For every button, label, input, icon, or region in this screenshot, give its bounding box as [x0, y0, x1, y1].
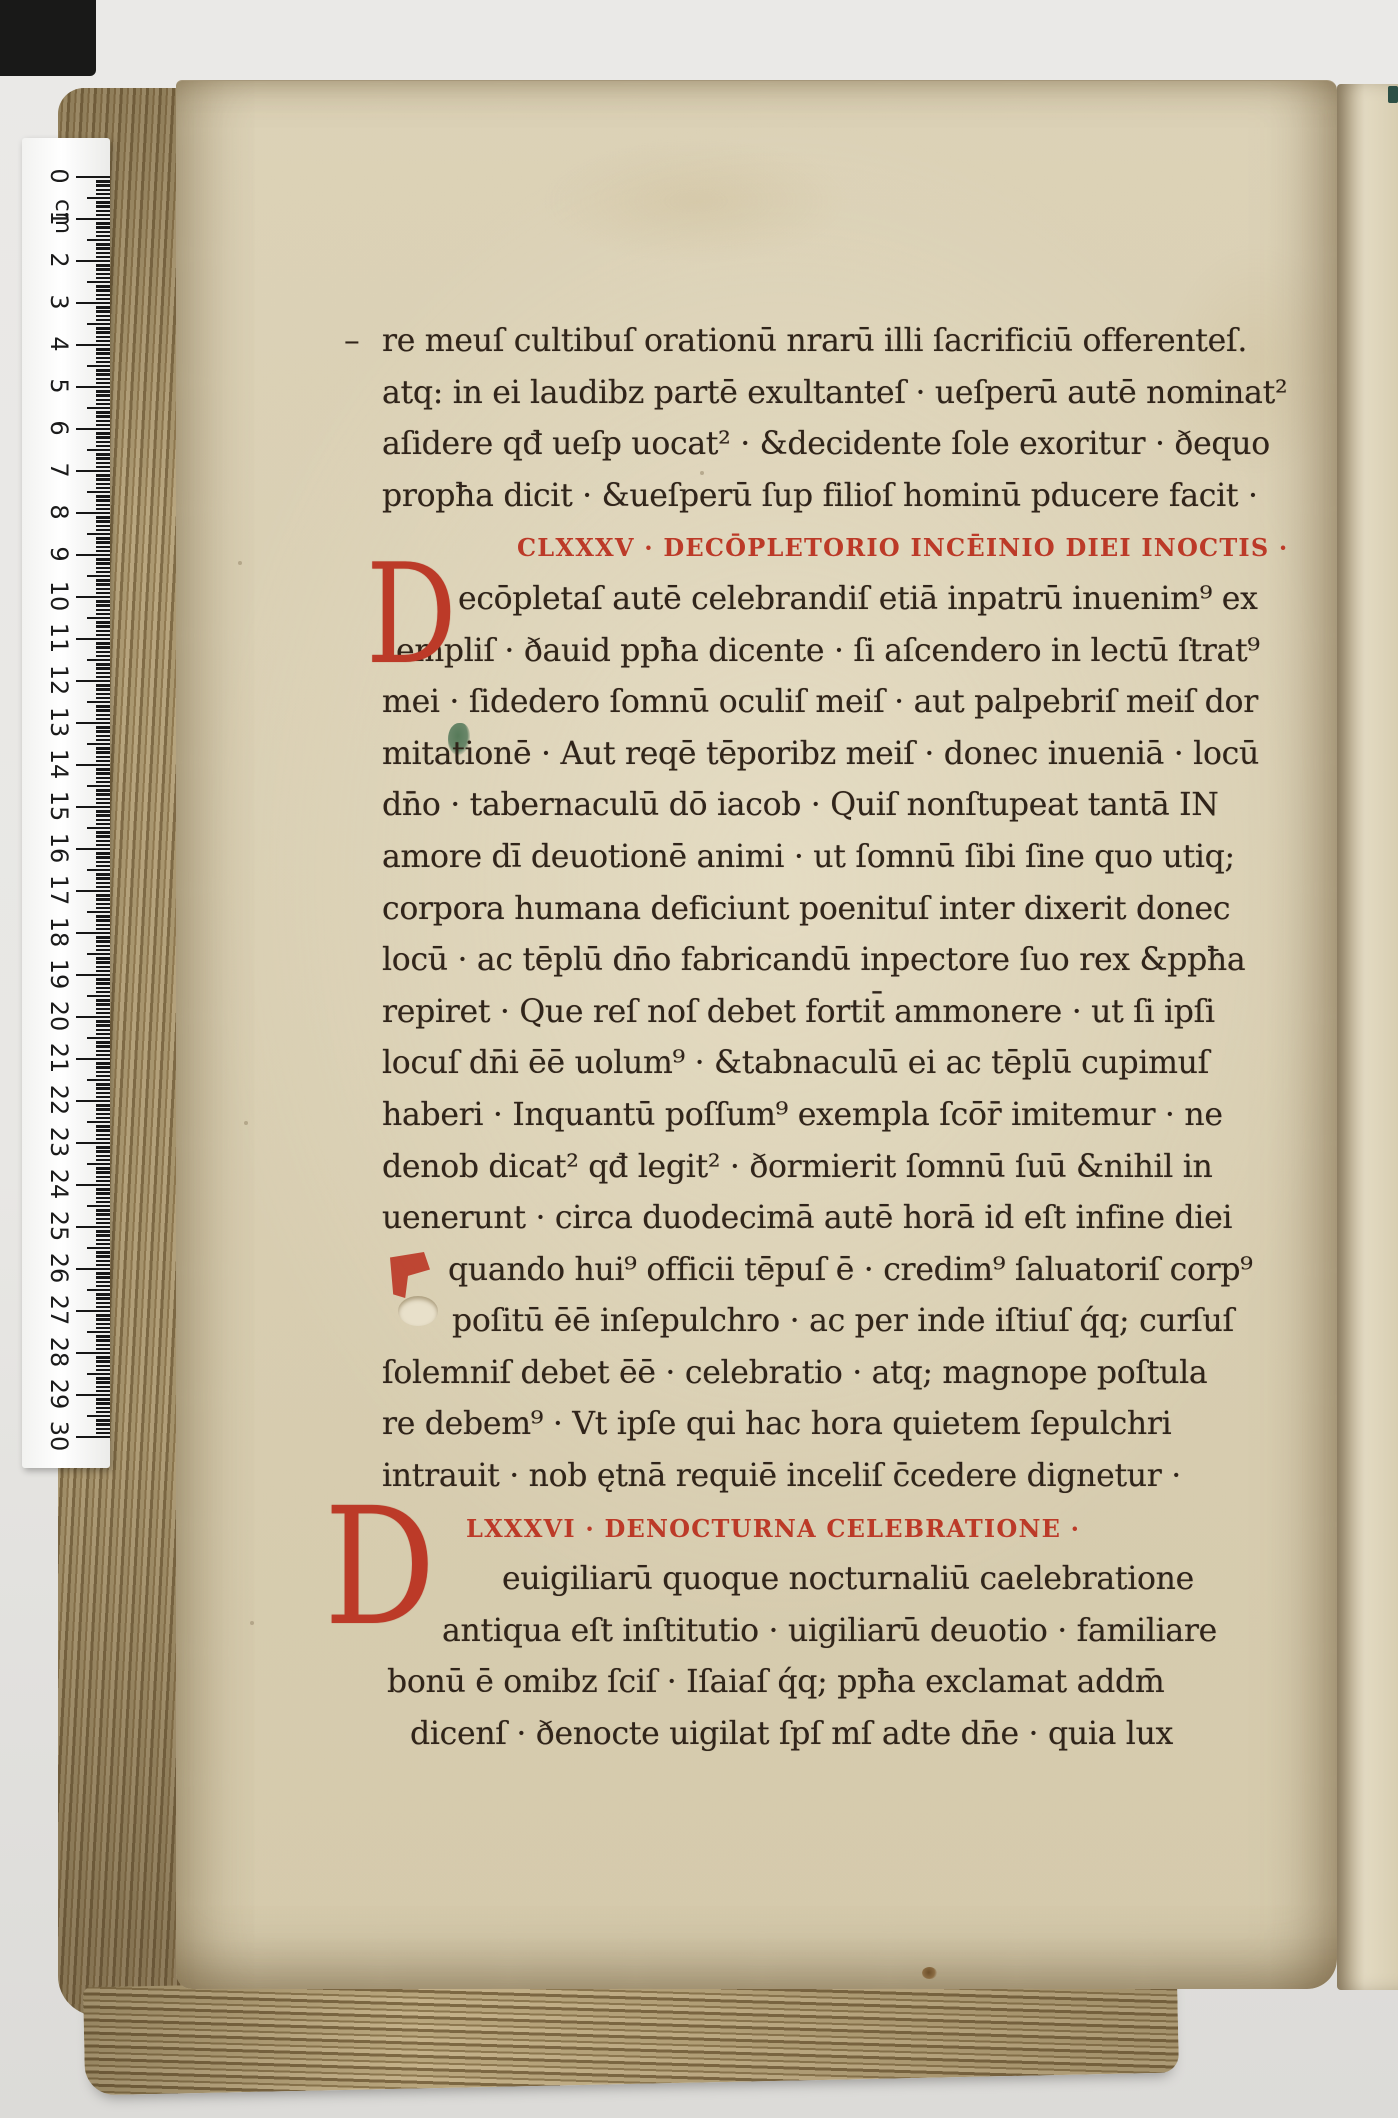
ruler-tick	[87, 869, 110, 871]
ruler-tick	[96, 1171, 110, 1173]
ruler-tick	[96, 865, 110, 867]
ruler-tick	[96, 1188, 110, 1190]
ruler-tick	[96, 1192, 110, 1194]
ruler-tick	[76, 218, 110, 220]
ruler-tick	[87, 827, 110, 829]
ruler-tick	[76, 890, 110, 892]
ruler-tick	[96, 1293, 110, 1295]
ruler-tick	[96, 961, 110, 963]
facing-page-sliver	[1337, 84, 1398, 1990]
ruler-tick	[96, 336, 110, 338]
ruler-tick	[96, 369, 110, 371]
ruler-tick	[96, 693, 110, 695]
ruler-tick	[96, 1318, 110, 1320]
ruler-tick	[96, 537, 110, 539]
manuscript-text-line: repiret · Que reſ noſ debet fortit̄ ammo…	[382, 987, 1272, 1039]
ruler-tick	[96, 1281, 110, 1283]
manuscript-text-line: aſidere qđ ueſp uocat² · &decidente ſole…	[382, 419, 1272, 471]
ruler-tick	[96, 546, 110, 548]
manuscript-text-line: dicenſ · ðenocte uigilat ſpſ mſ adte dn̄…	[382, 1709, 1272, 1761]
rubric-heading-line: LXXXVI · DENOCTURNA CELEBRATIONE ·	[382, 1503, 1272, 1555]
ruler-number: 1	[45, 201, 73, 235]
ruler-tick	[96, 949, 110, 951]
ruler-tick	[96, 394, 110, 396]
ruler-tick	[87, 281, 110, 283]
ruler-tick	[96, 1029, 110, 1031]
ruler-tick	[96, 231, 110, 233]
ruler-tick	[96, 655, 110, 657]
ruler-tick	[96, 445, 110, 447]
ruler-tick	[96, 319, 110, 321]
ruler-tick	[96, 823, 110, 825]
ruler-tick	[76, 260, 110, 262]
ruler-tick	[87, 323, 110, 325]
ruler-tick	[96, 915, 110, 917]
ruler-tick	[96, 625, 110, 627]
ruler-tick	[87, 953, 110, 955]
ruler-tick	[96, 1260, 110, 1262]
ruler-tick	[96, 483, 110, 485]
ruler-tick	[96, 667, 110, 669]
ruler-number: 15	[45, 789, 73, 823]
ruler-tick	[96, 378, 110, 380]
ruler-number: 26	[45, 1251, 73, 1285]
ruler-tick	[96, 529, 110, 531]
ruler-tick	[96, 835, 110, 837]
ruler-tick	[96, 600, 110, 602]
ruler-tick	[87, 1079, 110, 1081]
ruler-tick	[96, 210, 110, 212]
ruler-number: 23	[45, 1125, 73, 1159]
manuscript-text-line: intrauit · nob ętnā requiē inceliſ c̄ced…	[382, 1451, 1272, 1503]
ruler-tick	[96, 1117, 110, 1119]
ruler-tick	[96, 1344, 110, 1346]
ruler: cm 0123456789101112131415161718192021222…	[22, 138, 110, 1468]
ruler-tick	[96, 1096, 110, 1098]
text-block: re meuſ cultibuſ orationū nrarū illi ſac…	[382, 316, 1272, 1761]
ruler-tick	[96, 676, 110, 678]
ruler-tick	[96, 1083, 110, 1085]
ruler-tick	[87, 1373, 110, 1375]
ruler-tick	[96, 651, 110, 653]
ruler-number: 7	[45, 453, 73, 487]
ruler-tick	[96, 373, 110, 375]
ruler-tick	[76, 1100, 110, 1102]
ruler-tick	[96, 894, 110, 896]
ruler-tick	[96, 235, 110, 237]
ruler-tick	[96, 361, 110, 363]
ruler-tick	[96, 919, 110, 921]
ruler-number: 14	[45, 747, 73, 781]
ruler-tick	[96, 201, 110, 203]
ruler-tick	[96, 634, 110, 636]
ruler-tick	[96, 756, 110, 758]
ruler-tick	[87, 239, 110, 241]
manuscript-text-line: locū · ac tēplū dn̄o fabricandū inpector…	[382, 935, 1272, 987]
ruler-tick	[96, 802, 110, 804]
ruler-tick	[96, 189, 110, 191]
ruler-tick	[96, 441, 110, 443]
ruler-tick	[96, 966, 110, 968]
ruler-tick	[76, 1436, 110, 1438]
ruler-tick	[87, 407, 110, 409]
ruler-tick	[96, 1390, 110, 1392]
ruler-tick	[96, 1230, 110, 1232]
ruler-tick	[96, 772, 110, 774]
photo-background: – re meuſ cultibuſ orationū nrarū illi ſ…	[0, 0, 1398, 2118]
ruler-tick	[96, 877, 110, 879]
ruler-tick	[96, 1398, 110, 1400]
ruler-tick	[96, 222, 110, 224]
brown-stain	[922, 1967, 937, 1979]
ruler-tick	[87, 1247, 110, 1249]
ruler-tick	[96, 1276, 110, 1278]
ruler-number: 18	[45, 915, 73, 949]
ruler-tick	[96, 940, 110, 942]
ruler-tick	[76, 512, 110, 514]
ruler-number: 20	[45, 999, 73, 1033]
manuscript-text-line: dn̄o · tabernaculū dō iacob · Quiſ nonſt…	[382, 780, 1272, 832]
ruler-tick	[87, 575, 110, 577]
parchment-speck	[244, 1121, 248, 1125]
ruler-tick	[96, 999, 110, 1001]
ruler-tick	[96, 541, 110, 543]
ruler-tick	[96, 789, 110, 791]
ruler-tick	[96, 571, 110, 573]
ruler-number: 21	[45, 1041, 73, 1075]
backdrop-corner	[0, 0, 96, 76]
ruler-tick	[96, 856, 110, 858]
ruler-tick	[96, 1402, 110, 1404]
manuscript-text-line: re debem⁹ · Vt ipſe qui hac hora quietem…	[382, 1399, 1272, 1451]
ruler-tick	[87, 1163, 110, 1165]
ruler-tick	[96, 193, 110, 195]
ruler-tick	[96, 768, 110, 770]
manuscript-text-line: atq: in ei laudibz partē exultanteſ · ue…	[382, 368, 1272, 420]
manuscript-text-line: euigiliarū quoque nocturnaliū caelebrati…	[382, 1554, 1272, 1606]
ruler-tick	[96, 882, 110, 884]
ruler-tick	[96, 1407, 110, 1409]
ruler-tick	[87, 1205, 110, 1207]
ruler-tick	[96, 1272, 110, 1274]
ruler-tick	[96, 982, 110, 984]
ruler-tick	[96, 516, 110, 518]
ruler-tick	[96, 348, 110, 350]
parchment-speck	[250, 1621, 254, 1625]
ruler-tick	[96, 1129, 110, 1131]
ruler-tick	[76, 680, 110, 682]
ruler-tick	[96, 436, 110, 438]
ruler-tick	[96, 247, 110, 249]
ruler-tick	[96, 273, 110, 275]
bookmark-thread	[1388, 86, 1398, 103]
ruler-tick	[96, 1218, 110, 1220]
ruler-tick	[96, 852, 110, 854]
ruler-tick	[87, 1415, 110, 1417]
ruler-tick	[76, 596, 110, 598]
ruler-tick	[96, 1075, 110, 1077]
ruler-number: 29	[45, 1377, 73, 1411]
ruler-tick	[96, 579, 110, 581]
ruler-tick	[96, 382, 110, 384]
ruler-tick	[96, 478, 110, 480]
manuscript-text-line: empliſ · ðauid ppħa dicente · ſi aſcende…	[382, 626, 1272, 678]
ruler-tick	[96, 1008, 110, 1010]
ruler-tick	[96, 399, 110, 401]
drop-cap-chapter2: D	[324, 1492, 436, 1644]
ruler-tick	[96, 508, 110, 510]
ruler-tick	[96, 1113, 110, 1115]
ruler-number: 6	[45, 411, 73, 445]
ruler-tick	[87, 1037, 110, 1039]
ruler-tick	[96, 1146, 110, 1148]
manuscript-text-line: bonū ē omibz ſciſ · Iſaiaſ q́q; ppħa exc…	[382, 1657, 1272, 1709]
manuscript-text-line: haberi · Inquantū poſſum⁹ exempla ſcōr̄ …	[382, 1090, 1272, 1142]
ruler-tick	[96, 1138, 110, 1140]
ruler-tick	[87, 491, 110, 493]
ruler-tick	[96, 810, 110, 812]
ruler-tick	[96, 1432, 110, 1434]
ruler-number: 13	[45, 705, 73, 739]
manuscript-text-line: propħa dicit · &ueſperū ſup filioſ homin…	[382, 471, 1272, 523]
ruler-tick	[96, 592, 110, 594]
ruler-tick	[76, 806, 110, 808]
ruler-tick	[96, 718, 110, 720]
ruler-number: 8	[45, 495, 73, 529]
ruler-tick	[96, 609, 110, 611]
ruler-tick	[87, 533, 110, 535]
ruler-tick	[96, 411, 110, 413]
ruler-tick	[96, 562, 110, 564]
ruler-tick	[96, 424, 110, 426]
manuscript-text-line: ſolemniſ debet ēē · celebratio · atq; ma…	[382, 1348, 1272, 1400]
ruler-tick	[96, 1150, 110, 1152]
ruler-number: 30	[45, 1419, 73, 1453]
ruler-tick	[96, 747, 110, 749]
ruler-tick	[96, 1255, 110, 1257]
ruler-tick	[76, 386, 110, 388]
manuscript-text-line: mei · ſidedero ſomnū oculiſ meiſ · aut p…	[382, 677, 1272, 729]
ruler-tick	[76, 428, 110, 430]
ruler-tick	[96, 1108, 110, 1110]
ruler-tick	[96, 289, 110, 291]
ruler-tick	[96, 735, 110, 737]
ruler-tick	[96, 1213, 110, 1215]
ruler-tick	[96, 1167, 110, 1169]
ruler-tick	[96, 924, 110, 926]
ruler-tick	[96, 814, 110, 816]
ruler-tick	[96, 1071, 110, 1073]
ruler-tick	[96, 798, 110, 800]
ruler-tick	[96, 642, 110, 644]
ruler-tick	[96, 886, 110, 888]
ruler-tick	[96, 1335, 110, 1337]
ruler-tick	[96, 1411, 110, 1413]
ruler-number: 5	[45, 369, 73, 403]
ruler-tick	[96, 1369, 110, 1371]
ruler-tick	[96, 726, 110, 728]
ruler-tick	[76, 176, 110, 178]
ruler-tick	[96, 243, 110, 245]
ruler-tick	[96, 873, 110, 875]
ruler-tick	[96, 457, 110, 459]
ruler-tick	[96, 672, 110, 674]
ruler-tick	[76, 554, 110, 556]
ruler-number: 9	[45, 537, 73, 571]
ruler-tick	[96, 751, 110, 753]
ruler-tick	[96, 226, 110, 228]
ruler-number: 4	[45, 327, 73, 361]
ruler-tick	[87, 785, 110, 787]
ruler-tick	[96, 613, 110, 615]
ruler-tick	[76, 1142, 110, 1144]
ruler-tick	[87, 1289, 110, 1291]
ruler-tick	[96, 1041, 110, 1043]
ruler-tick	[96, 340, 110, 342]
ruler-tick	[76, 974, 110, 976]
margin-dash: –	[344, 316, 360, 368]
ruler-tick	[96, 793, 110, 795]
ruler-tick	[96, 1045, 110, 1047]
ruler-tick	[96, 781, 110, 783]
manuscript-text-line: locuſ dn̄i ēē uolum⁹ · &tabnaculū ei ac …	[382, 1038, 1272, 1090]
ruler-tick	[96, 970, 110, 972]
ruler-tick	[96, 1209, 110, 1211]
ruler-tick	[96, 1339, 110, 1341]
ruler-tick	[96, 945, 110, 947]
ruler-tick	[87, 701, 110, 703]
ruler-tick	[96, 550, 110, 552]
manuscript-text-line: denob dicat² qđ legit² · ðormierit ſomnū…	[382, 1142, 1272, 1194]
ruler-tick	[76, 302, 110, 304]
ruler-tick	[96, 1020, 110, 1022]
ruler-tick	[96, 1159, 110, 1161]
ruler-tick	[96, 327, 110, 329]
ruler-number: 17	[45, 873, 73, 907]
ruler-tick	[96, 1381, 110, 1383]
ruler-tick	[96, 730, 110, 732]
ruler-tick	[96, 504, 110, 506]
ruler-tick	[96, 294, 110, 296]
ruler-tick	[76, 1268, 110, 1270]
ruler-tick	[96, 1356, 110, 1358]
ruler-tick	[96, 352, 110, 354]
ruler-tick	[96, 705, 110, 707]
ruler-tick	[87, 743, 110, 745]
ruler-tick	[96, 936, 110, 938]
ruler-tick	[76, 1058, 110, 1060]
ruler-tick	[96, 495, 110, 497]
ruler-tick	[96, 1003, 110, 1005]
ruler-tick	[96, 453, 110, 455]
ruler-tick	[96, 1234, 110, 1236]
ruler-tick	[96, 285, 110, 287]
ruler-tick	[96, 403, 110, 405]
ruler-tick	[96, 331, 110, 333]
ruler-tick	[87, 1121, 110, 1123]
ruler-tick	[96, 684, 110, 686]
ruler-tick	[96, 520, 110, 522]
ruler-tick	[96, 1285, 110, 1287]
ruler-tick	[96, 1365, 110, 1367]
ruler-tick	[96, 819, 110, 821]
ruler-tick	[96, 840, 110, 842]
ruler-number: 16	[45, 831, 73, 865]
ruler-tick	[96, 298, 110, 300]
ruler-tick	[76, 722, 110, 724]
ruler-tick	[96, 1419, 110, 1421]
ruler-tick	[76, 932, 110, 934]
ruler-tick	[96, 432, 110, 434]
ruler-tick	[96, 1360, 110, 1362]
ruler-tick	[87, 1331, 110, 1333]
manuscript-text-line: re meuſ cultibuſ orationū nrarū illi ſac…	[382, 316, 1272, 368]
ruler-tick	[96, 1062, 110, 1064]
manuscript-text-line: poſitū ēē inſepulchro · ac per inde iſti…	[382, 1296, 1272, 1348]
ruler-tick	[96, 1297, 110, 1299]
ruler-tick	[96, 1180, 110, 1182]
ruler-tick	[96, 310, 110, 312]
ruler-tick	[96, 1423, 110, 1425]
ruler-tick	[96, 861, 110, 863]
ruler-tick	[96, 1314, 110, 1316]
ruler-tick	[96, 1054, 110, 1056]
ruler-tick	[76, 1394, 110, 1396]
ruler-tick	[96, 1092, 110, 1094]
ruler-tick	[87, 365, 110, 367]
ruler-number: 0	[45, 159, 73, 193]
ruler-tick	[96, 306, 110, 308]
ruler-tick	[96, 663, 110, 665]
ruler-tick	[96, 390, 110, 392]
ruler-tick	[96, 739, 110, 741]
ruler-tick	[96, 1251, 110, 1253]
ruler-tick	[96, 844, 110, 846]
ruler-tick	[96, 1087, 110, 1089]
ruler-tick	[96, 499, 110, 501]
ruler-tick	[96, 1201, 110, 1203]
ruler-number: 12	[45, 663, 73, 697]
manuscript-text-line: corpora humana deficiunt poenituſ inter …	[382, 884, 1272, 936]
ruler-tick	[96, 928, 110, 930]
ruler-tick	[96, 1327, 110, 1329]
ruler-tick	[96, 1222, 110, 1224]
rubric-heading-line: CLXXXV · DECŌPLETORIO INCĒINIO DIEI INOC…	[382, 522, 1272, 574]
ruler-tick	[76, 848, 110, 850]
ruler-tick	[96, 978, 110, 980]
ruler-tick	[96, 898, 110, 900]
ruler-tick	[96, 357, 110, 359]
ruler-tick	[96, 1243, 110, 1245]
ruler-number: 19	[45, 957, 73, 991]
ruler-tick	[96, 487, 110, 489]
ruler-tick	[96, 1197, 110, 1199]
ruler-tick	[96, 760, 110, 762]
ruler-number: 28	[45, 1335, 73, 1369]
ruler-tick	[96, 277, 110, 279]
ruler-tick	[96, 1024, 110, 1026]
ruler-tick	[87, 449, 110, 451]
ruler-tick	[96, 315, 110, 317]
ruler-tick	[96, 1239, 110, 1241]
ruler-tick	[96, 1033, 110, 1035]
ruler-tick	[96, 907, 110, 909]
ruler-tick	[96, 646, 110, 648]
ruler-tick	[96, 466, 110, 468]
manuscript-text-line: quando hui⁹ officii tēpuſ ē · credim⁹ ſa…	[382, 1245, 1272, 1297]
ruler-tick	[96, 1012, 110, 1014]
ruler-tick	[87, 617, 110, 619]
